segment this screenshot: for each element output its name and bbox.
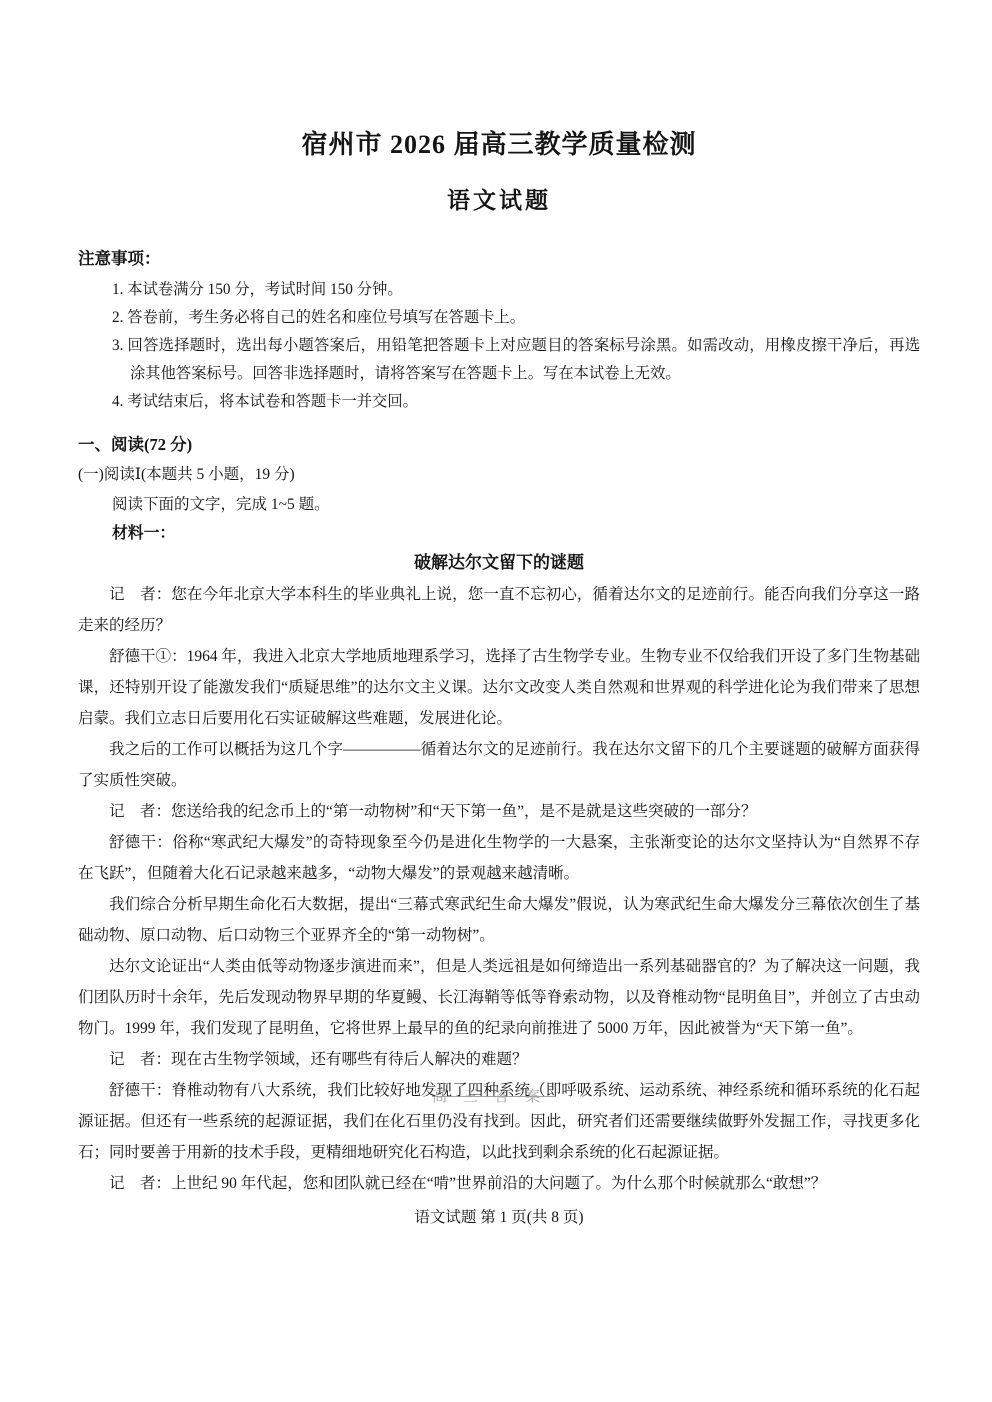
passage-paragraph: 舒德干：脊椎动物有八大系统，我们比较好地发现了四种系统（即呼吸系统、运动系统、神…: [78, 1075, 920, 1168]
speaker-label: 记 者：: [109, 1051, 171, 1068]
notice-item: 3. 回答选择题时，选出每小题答案后，用铅笔把答题卡上对应题目的答案标号涂黑。如…: [112, 332, 920, 388]
exam-page: 宿州市 2026 届高三教学质量检测 语文试题 注意事项： 1. 本试卷满分 1…: [0, 0, 992, 1402]
passage-paragraph: 达尔文论证出“人类由低等动物逐步演进而来”，但是人类远祖是如何缔造出一系列基础器…: [78, 951, 920, 1044]
material-label: 材料一：: [78, 520, 920, 548]
section-heading: 一、阅读(72 分): [78, 430, 920, 460]
speaker-label: 记 者：: [109, 586, 171, 603]
notice-list: 1. 本试卷满分 150 分，考试时间 150 分钟。2. 答卷前，考生务必将自…: [112, 276, 920, 416]
exam-title: 宿州市 2026 届高三教学质量检测: [78, 128, 920, 162]
notice-item: 2. 答卷前，考生务必将自己的姓名和座位号填写在答题卡上。: [112, 304, 920, 332]
speaker-label: 舒德干①：: [109, 648, 187, 665]
material-title: 破解达尔文留下的谜题: [78, 550, 920, 576]
speaker-label: 记 者：: [109, 1175, 171, 1192]
page-footer: 语文试题 第 1 页(共 8 页): [78, 1205, 920, 1231]
passage-paragraph: 记 者：上世纪 90 年代起，您和团队就已经在“啃”世界前沿的大问题了。为什么那…: [78, 1168, 920, 1199]
passage-paragraph: 舒德干：俗称“寒武纪大爆发”的奇特现象至今仍是进化生物学的一大悬案，主张渐变论的…: [78, 827, 920, 889]
passage: 记 者：您在今年北京大学本科生的毕业典礼上说，您一直不忘初心，循着达尔文的足迹前…: [78, 579, 920, 1199]
passage-paragraph: 舒德干①：1964 年，我进入北京大学地质地理系学习，选择了古生物学专业。生物专…: [78, 641, 920, 734]
subsection-heading: (一)阅读Ⅰ(本题共 5 小题，19 分): [78, 460, 920, 490]
speaker-label: 记 者：: [109, 803, 171, 820]
speaker-label: 舒德干：: [109, 1082, 171, 1099]
reading-instruction: 阅读下面的文字，完成 1~5 题。: [78, 490, 920, 520]
passage-paragraph: 我们综合分析早期生命化石大数据，提出“三幕式寒武纪生命大爆发”假说，认为寒武纪生…: [78, 889, 920, 951]
notice-section: 注意事项： 1. 本试卷满分 150 分，考试时间 150 分钟。2. 答卷前，…: [78, 246, 920, 416]
passage-paragraph: 记 者：您送给我的纪念币上的“第一动物树”和“天下第一鱼”，是不是就是这些突破的…: [78, 796, 920, 827]
notice-item: 1. 本试卷满分 150 分，考试时间 150 分钟。: [112, 276, 920, 304]
speaker-label: 舒德干：: [109, 834, 172, 851]
passage-paragraph: 记 者：现在古生物学领域，还有哪些有待后人解决的难题？: [78, 1044, 920, 1075]
passage-paragraph: 我之后的工作可以概括为这几个字—————循着达尔文的足迹前行。我在达尔文留下的几…: [78, 734, 920, 796]
exam-subtitle: 语文试题: [78, 186, 920, 216]
notice-item: 4. 考试结束后，将本试卷和答题卡一并交回。: [112, 388, 920, 416]
notice-heading: 注意事项：: [78, 246, 920, 272]
passage-paragraph: 记 者：您在今年北京大学本科生的毕业典礼上说，您一直不忘初心，循着达尔文的足迹前…: [78, 579, 920, 641]
